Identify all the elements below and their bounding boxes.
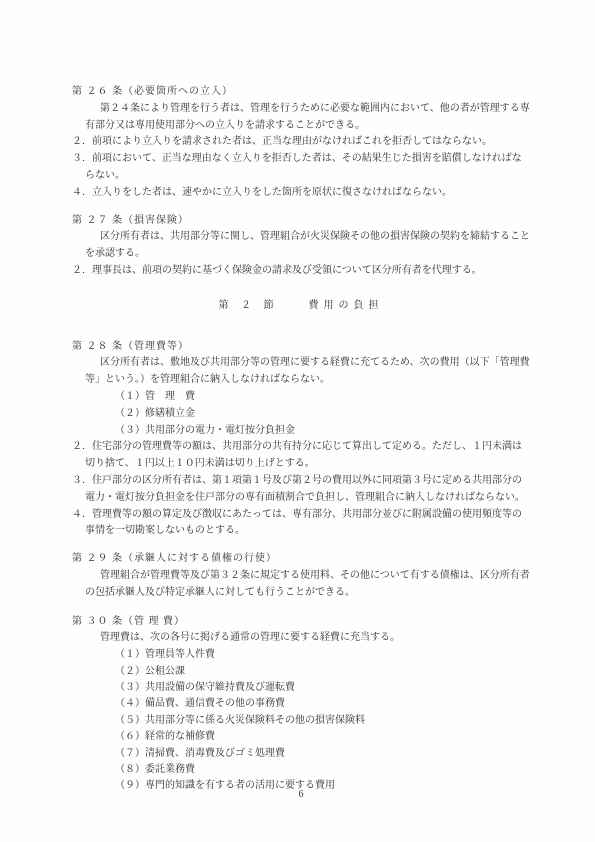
article-28-paragraph-1: 区分所有者は、敷地及び共用部分等の管理に要する経費に充てるため、次の費用（以下「…: [72, 355, 530, 389]
article-26-paragraph-1: 第２４条により管理を行う者は、管理を行うために必要な範囲内において、他の者が管理…: [72, 101, 530, 135]
article-29-paragraph-1: 管理組合が管理費等及び第３２条に規定する使用料、その他について有する債権は、区分…: [72, 568, 530, 602]
article-28-paragraph-4: ４．管理費等の額の算定及び徴収にあたっては、専有部分、共用部分並びに附属設備の使…: [72, 507, 530, 541]
article-30-paragraph-1: 管理費は、次の各号に掲げる通常の管理に要する経費に充当する。: [72, 630, 530, 647]
page-number: 6: [72, 789, 530, 800]
article-30-item-4: （４）備品費、通信費その他の事務費: [115, 696, 530, 712]
article-26-paragraph-2: ２．前項により立入りを請求された者は、正当な理由がなければこれを拒否してはならな…: [72, 134, 530, 151]
article-30-item-8: （８）委託業務費: [115, 762, 530, 778]
article-26-paragraph-3: ３．前項において、正当な理由なく立入りを拒否した者は、その結果生じた損害を賠償し…: [72, 151, 530, 185]
article-27-heading: 第 ２７ 条（損害保険）: [72, 213, 530, 230]
article-30-item-3: （３）共用設備の保守維持費及び運転費: [115, 680, 530, 696]
article-28-item-1: （１）管 理 費: [115, 389, 530, 406]
document-page: 第 ２６ 条（必要箇所への立入）第２４条により管理を行う者は、管理を行うために必…: [0, 0, 595, 842]
section-2-title: 第 ２ 節 費用の負担: [72, 298, 530, 315]
article-27-paragraph-1: 区分所有者は、共用部分等に関し、管理組合が火災保険その他の損害保険の契約を締結す…: [72, 229, 530, 263]
article-30-heading: 第 ３０ 条（管 理 費）: [72, 614, 530, 631]
article-30-item-7: （７）清掃費、消毒費及びゴミ処理費: [115, 746, 530, 762]
article-26-paragraph-4: ４．立入りをした者は、速やかに立入りをした箇所を原状に復さなければならない。: [72, 185, 530, 202]
article-28-paragraph-2: ２．住宅部分の管理費等の額は、共用部分の共有持分に応じて算出して定める。ただし、…: [72, 439, 530, 473]
article-29-heading: 第 ２９ 条（承継人に対する債権の行使）: [72, 551, 530, 568]
article-30-item-6: （６）経常的な補修費: [115, 729, 530, 745]
article-30-item-2: （２）公租公課: [115, 664, 530, 680]
article-26-heading: 第 ２６ 条（必要箇所への立入）: [72, 84, 530, 101]
article-28-paragraph-3: ３．住戸部分の区分所有者は、第１項第１号及び第２号の費用以外に同項第３号に定める…: [72, 473, 530, 507]
document-content: 第 ２６ 条（必要箇所への立入）第２４条により管理を行う者は、管理を行うために必…: [72, 84, 530, 795]
article-27-paragraph-2: ２．理事長は、前項の契約に基づく保険金の請求及び受領について区分所有者を代理する…: [72, 263, 530, 280]
article-30-item-1: （１）管理員等人件費: [115, 647, 530, 663]
article-28-item-3: （３）共用部分の電力・電灯按分負担金: [115, 423, 530, 440]
article-30-item-5: （５）共用部分等に係る火災保険料その他の損害保険料: [115, 713, 530, 729]
article-28-item-2: （２）修繕積立金: [115, 406, 530, 423]
article-28-heading: 第 ２８ 条（管理費等）: [72, 339, 530, 356]
